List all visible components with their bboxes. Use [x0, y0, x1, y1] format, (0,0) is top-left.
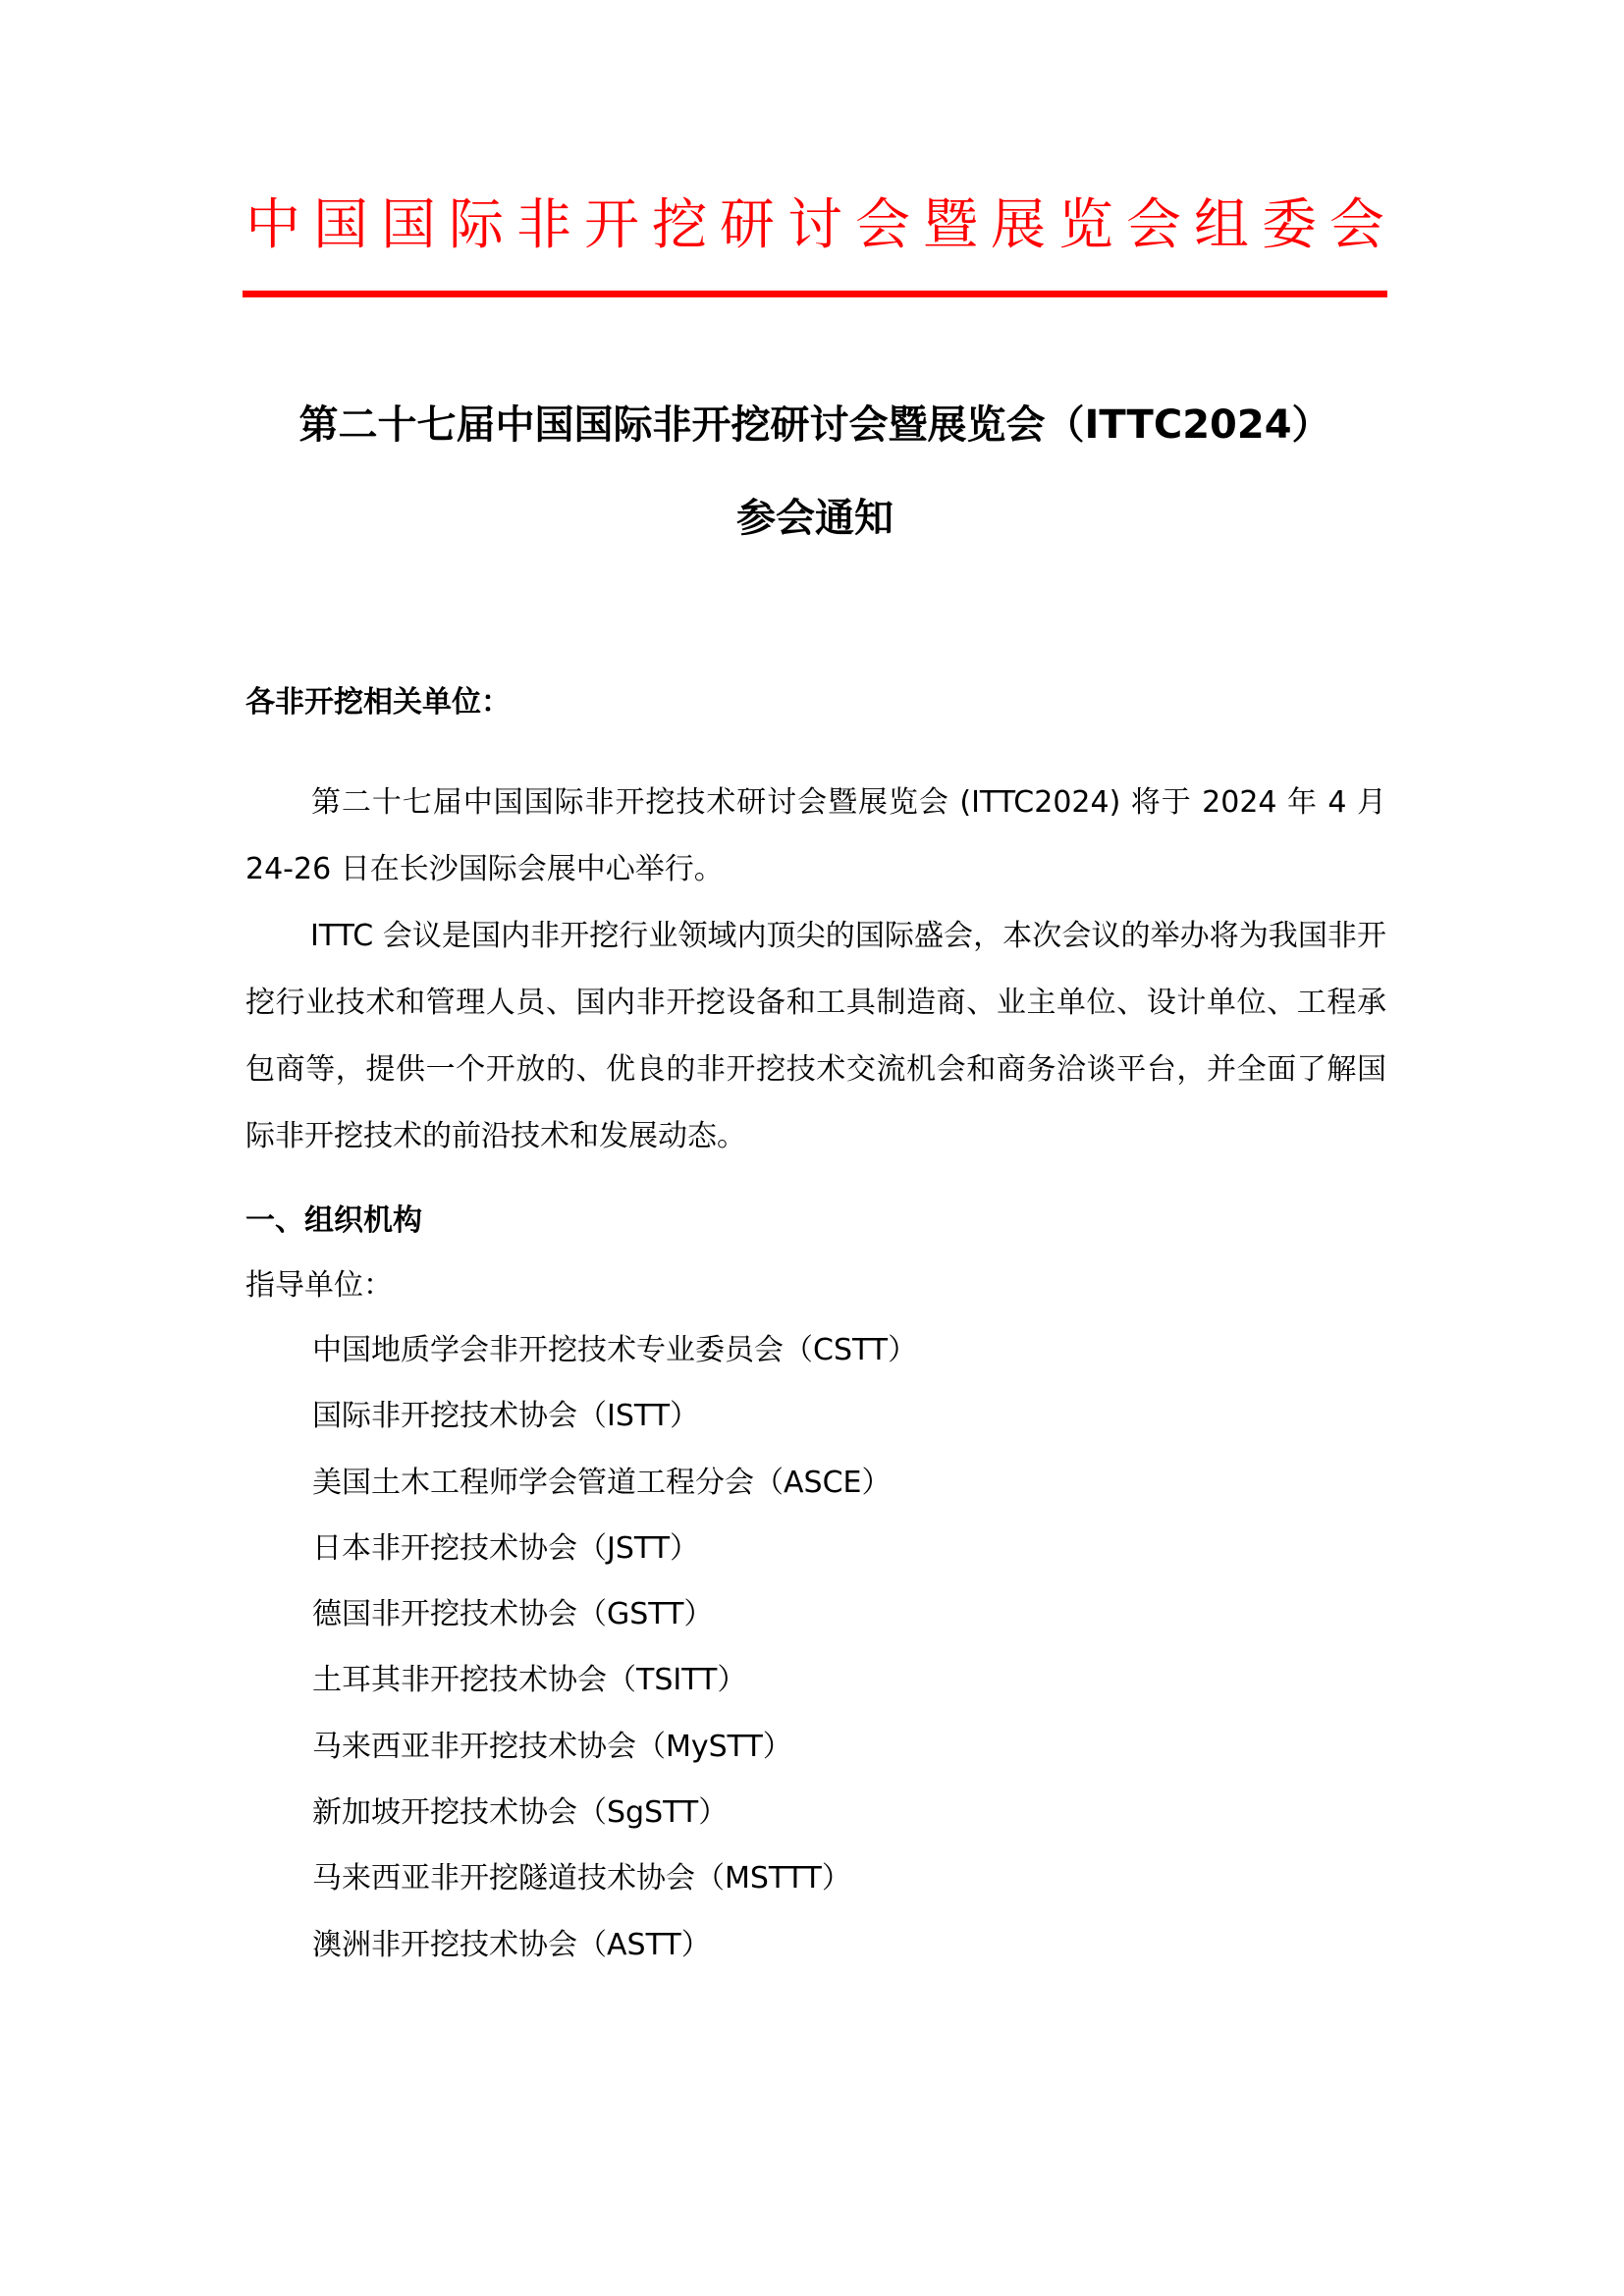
list-item: 新加坡开挖技术协会（SgSTT）: [312, 1791, 917, 1857]
list-item: 德国非开挖技术协会（GSTT）: [312, 1593, 917, 1659]
guiding-units-label: 指导单位：: [245, 1264, 393, 1308]
paragraph-text: ITTC 会议是国内非开挖行业领域内顶尖的国际盛会，本次会议的举办将为我国非开挖…: [245, 919, 1386, 1153]
list-item: 中国地质学会非开挖技术专业委员会（CSTT）: [312, 1329, 917, 1395]
list-item: 日本非开挖技术协会（JSTT）: [312, 1527, 917, 1593]
document-page: 中国国际非开挖研讨会暨展览会组委会 第二十七届中国国际非开挖研讨会暨展览会（IT…: [0, 0, 1624, 2296]
list-item: 国际非开挖技术协会（ISTT）: [312, 1395, 917, 1461]
list-item: 美国土木工程师学会管道工程分会（ASCE）: [312, 1462, 917, 1527]
paragraph-intro: 第二十七届中国国际非开挖技术研讨会暨展览会 (ITTC2024) 将于 2024…: [245, 770, 1386, 903]
section-heading-organization: 一、组织机构: [245, 1200, 422, 1243]
list-item: 澳洲非开挖技术协会（ASTT）: [312, 1924, 917, 1990]
letterhead-organization: 中国国际非开挖研讨会暨展览会组委会: [245, 187, 1386, 265]
document-title: 第二十七届中国国际非开挖研讨会暨展览会（ITTC2024）: [236, 398, 1394, 453]
list-item: 马来西亚非开挖隧道技术协会（MSTTT）: [312, 1857, 917, 1923]
salutation: 各非开挖相关单位：: [245, 681, 511, 724]
paragraph-purpose: ITTC 会议是国内非开挖行业领域内顶尖的国际盛会，本次会议的举办将为我国非开挖…: [245, 903, 1386, 1170]
guiding-units-list: 中国地质学会非开挖技术专业委员会（CSTT） 国际非开挖技术协会（ISTT） 美…: [312, 1329, 917, 1990]
letterhead-divider: [243, 291, 1387, 297]
list-item: 马来西亚非开挖技术协会（MySTT）: [312, 1726, 917, 1791]
document-subtitle: 参会通知: [236, 491, 1394, 546]
list-item: 土耳其非开挖技术协会（TSITT）: [312, 1659, 917, 1725]
paragraph-text: 第二十七届中国国际非开挖技术研讨会暨展览会 (ITTC2024) 将于 2024…: [245, 785, 1386, 886]
